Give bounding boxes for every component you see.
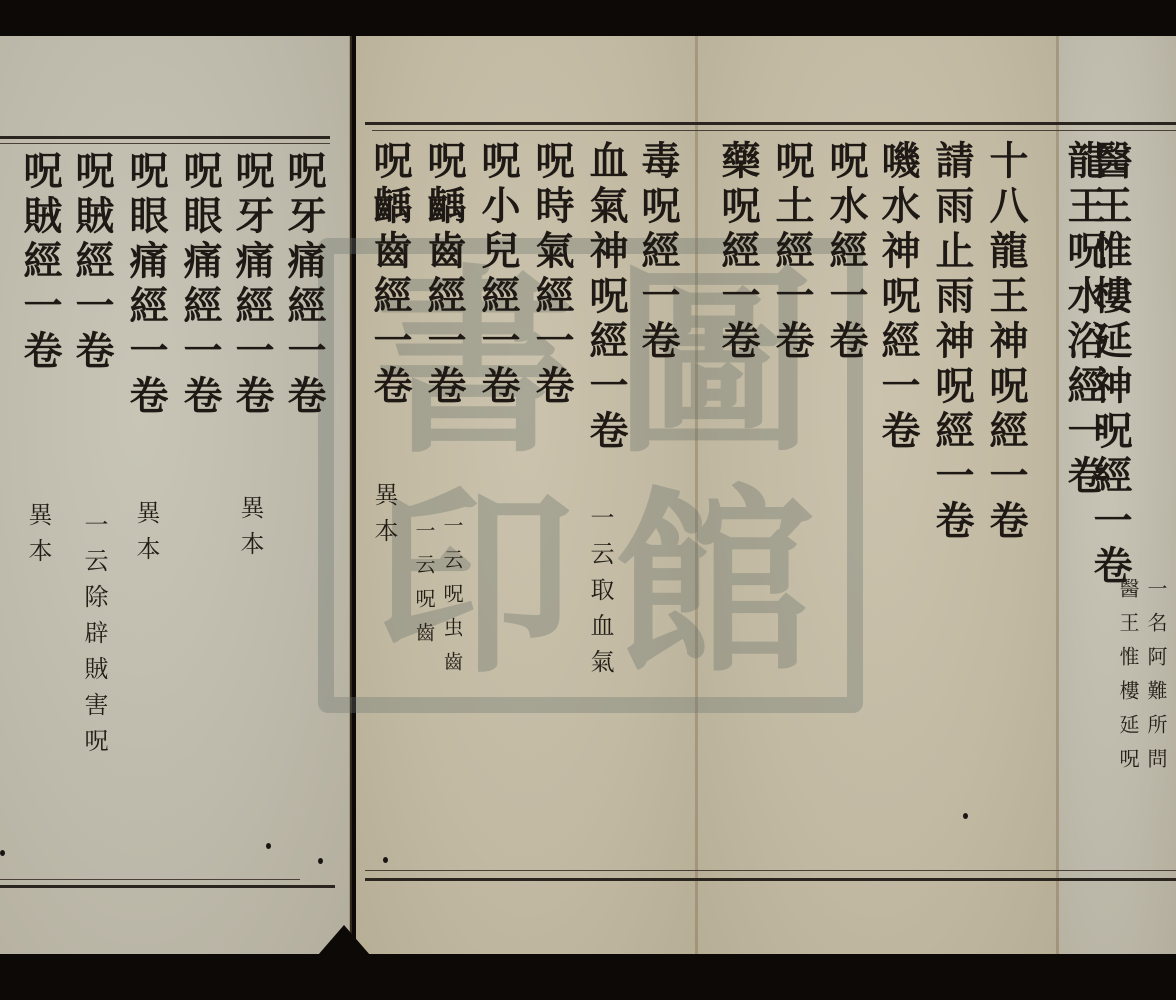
title-column: 請雨止雨神呪經一卷 [932, 140, 971, 545]
title-column: 毒呪經一卷 [638, 140, 677, 365]
bottom-border-rule [0, 885, 335, 888]
annotation: 一云呪齒 [414, 520, 434, 656]
title-column: 呪土經一卷 [772, 140, 811, 365]
top-border-rule [365, 122, 1176, 125]
title-column: 呪賊經一卷 [72, 150, 111, 375]
fold-line [349, 36, 352, 954]
title-column: 呪小兒經一卷 [478, 140, 517, 410]
annotation: 一名阿難所問 [1146, 578, 1166, 782]
title-column: 十八龍王神呪經一卷 [986, 140, 1025, 545]
title-column: 呪水經一卷 [826, 140, 865, 365]
annotation: 異本 [372, 482, 396, 554]
annotation: 異本 [26, 502, 50, 574]
top-border-rule-inner [372, 130, 1176, 131]
annotation: 一云除辟賊害呪 [82, 512, 106, 764]
bottom-border-rule-inner [365, 870, 1176, 871]
title-column: 呪齲齒經一卷 [370, 140, 409, 410]
print-mark [0, 850, 5, 856]
print-mark [266, 843, 271, 849]
title-column: 龍王呪水浴經一卷 [1064, 140, 1103, 500]
top-border-rule [0, 136, 330, 139]
title-column: 呪眼痛經一卷 [180, 150, 219, 420]
title-column: 呪齲齒經一卷 [424, 140, 463, 410]
print-mark [383, 857, 388, 863]
fold-line [1056, 36, 1059, 954]
top-border-rule-inner [0, 143, 330, 144]
title-column: 藥呪經一卷 [718, 140, 757, 365]
title-column: 呪眼痛經一卷 [126, 150, 165, 420]
title-column: 呪牙痛經一卷 [284, 150, 323, 420]
print-mark [318, 858, 323, 864]
title-column: 嘰水神呪經一卷 [878, 140, 917, 455]
title-column: 呪牙痛經一卷 [232, 150, 271, 420]
annotation: 一云取血氣 [588, 505, 612, 685]
fold-line [695, 36, 698, 954]
annotation: 異本 [134, 500, 158, 572]
title-column: 呪賊經一卷 [20, 150, 59, 375]
bottom-border-rule-inner [0, 879, 300, 880]
annotation: 異本 [238, 495, 262, 567]
annotation: 醫王惟樓延呪 [1118, 578, 1138, 782]
title-column: 呪時氣經一卷 [532, 140, 571, 410]
title-column: 血氣神呪經一卷 [586, 140, 625, 455]
annotation: 一云呪虫齒 [442, 515, 462, 685]
print-mark [963, 813, 968, 819]
bottom-border-rule [365, 878, 1176, 881]
